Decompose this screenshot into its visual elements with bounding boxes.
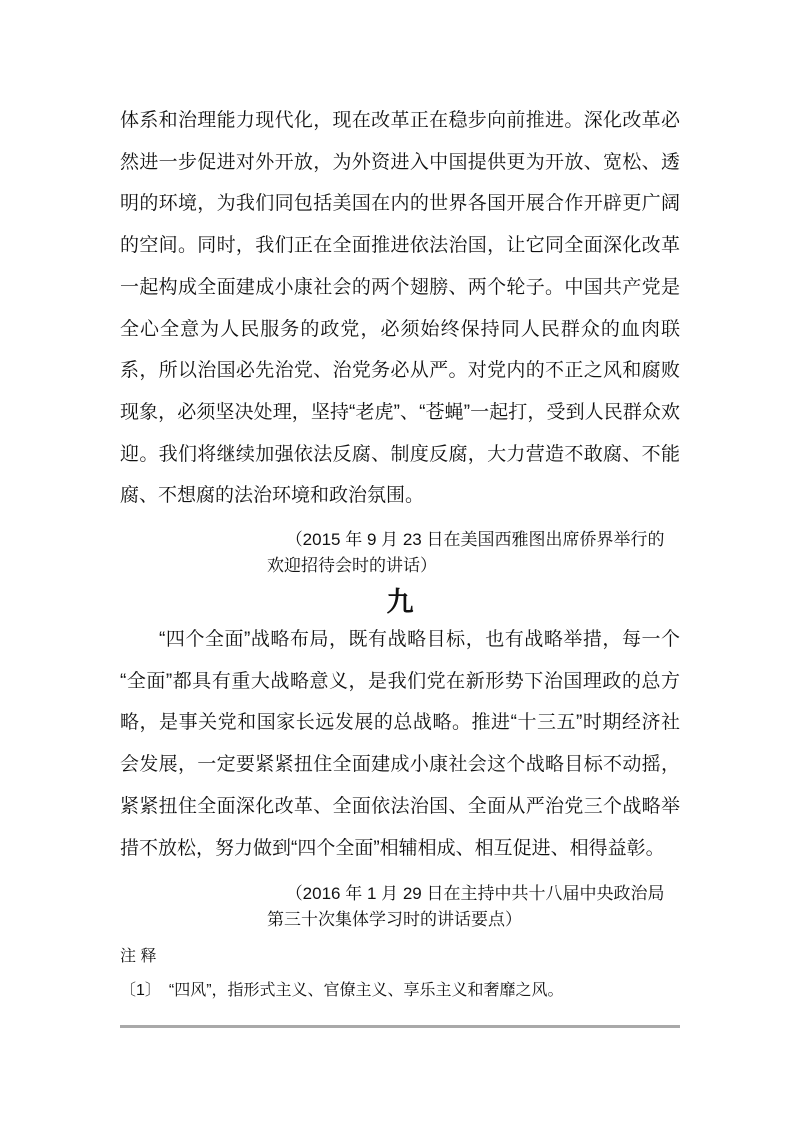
- text-line: 体系和治理能力现代化，现在改革正在稳步向前推进。深化改革必: [120, 100, 680, 142]
- text-line: 然进一步促进对外开放，为外资进入中国提供更为开放、宽松、透: [120, 142, 680, 184]
- text-line: 迎。我们将继续加强依法反腐、制度反腐，大力营造不敢腐、不能: [120, 434, 680, 476]
- text-line: 现象，必须坚决处理，坚持“老虎”、“苍蝇”一起打，受到人民群众欢: [120, 392, 680, 434]
- section-heading: 九: [120, 585, 680, 619]
- text-line: 会发展，一定要紧紧扭住全面建成小康社会这个战略目标不动摇，: [120, 744, 680, 786]
- body-paragraph-1: 体系和治理能力现代化，现在改革正在稳步向前推进。深化改革必然进一步促进对外开放，…: [120, 100, 680, 517]
- text-line: 明的环境，为我们同包括美国在内的世界各国开展合作开辟更广阔: [120, 183, 680, 225]
- text-line: 〔1〕 “四风”，指形式主义、官僚主义、享乐主义和奢靡之风。: [120, 979, 680, 1003]
- text-line: 一起构成全面建成小康社会的两个翅膀、两个轮子。中国共产党是: [120, 267, 680, 309]
- text-line: 全心全意为人民服务的政党，必须始终保持同人民群众的血肉联: [120, 309, 680, 351]
- text-line: （2015 年 9 月 23 日在美国西雅图出席侨界举行的: [267, 527, 680, 553]
- text-line: 的空间。同时，我们正在全面推进依法治国，让它同全面深化改革: [120, 225, 680, 267]
- text-line: 系，所以治国必先治党、治党务必从严。对党内的不正之风和腐败: [120, 350, 680, 392]
- text-line: “全面”都具有重大战略意义，是我们党在新形势下治国理政的总方: [120, 661, 680, 703]
- notes-list: 〔1〕 “四风”，指形式主义、官僚主义、享乐主义和奢靡之风。: [120, 979, 680, 1003]
- text-line: 欢迎招待会时的讲话）: [267, 553, 680, 579]
- page-divider: [120, 1025, 680, 1028]
- body-paragraph-2: “四个全面”战略布局，既有战略目标，也有战略举措，每一个“全面”都具有重大战略意…: [120, 619, 680, 869]
- notes-heading: 注 释: [120, 945, 680, 969]
- text-line: 措不放松，努力做到“四个全面”相辅相成、相互促进、相得益彰。: [120, 828, 680, 870]
- text-line: 腐、不想腐的法治环境和政治氛围。: [120, 475, 680, 517]
- text-line: 略，是事关党和国家长远发展的总战略。推进“十三五”时期经济社: [120, 702, 680, 744]
- text-line: 紧紧扭住全面深化改革、全面依法治国、全面从严治党三个战略举: [120, 786, 680, 828]
- text-line: “四个全面”战略布局，既有战略目标，也有战略举措，每一个: [120, 619, 680, 661]
- document-page: 体系和治理能力现代化，现在改革正在稳步向前推进。深化改革必然进一步促进对外开放，…: [0, 0, 800, 1130]
- text-line: 第三十次集体学习时的讲话要点）: [267, 907, 680, 933]
- citation-source-1: （2015 年 9 月 23 日在美国西雅图出席侨界举行的欢迎招待会时的讲话）: [267, 527, 680, 579]
- text-line: （2016 年 1 月 29 日在主持中共十八届中央政治局: [267, 881, 680, 907]
- citation-source-2: （2016 年 1 月 29 日在主持中共十八届中央政治局第三十次集体学习时的讲…: [267, 881, 680, 933]
